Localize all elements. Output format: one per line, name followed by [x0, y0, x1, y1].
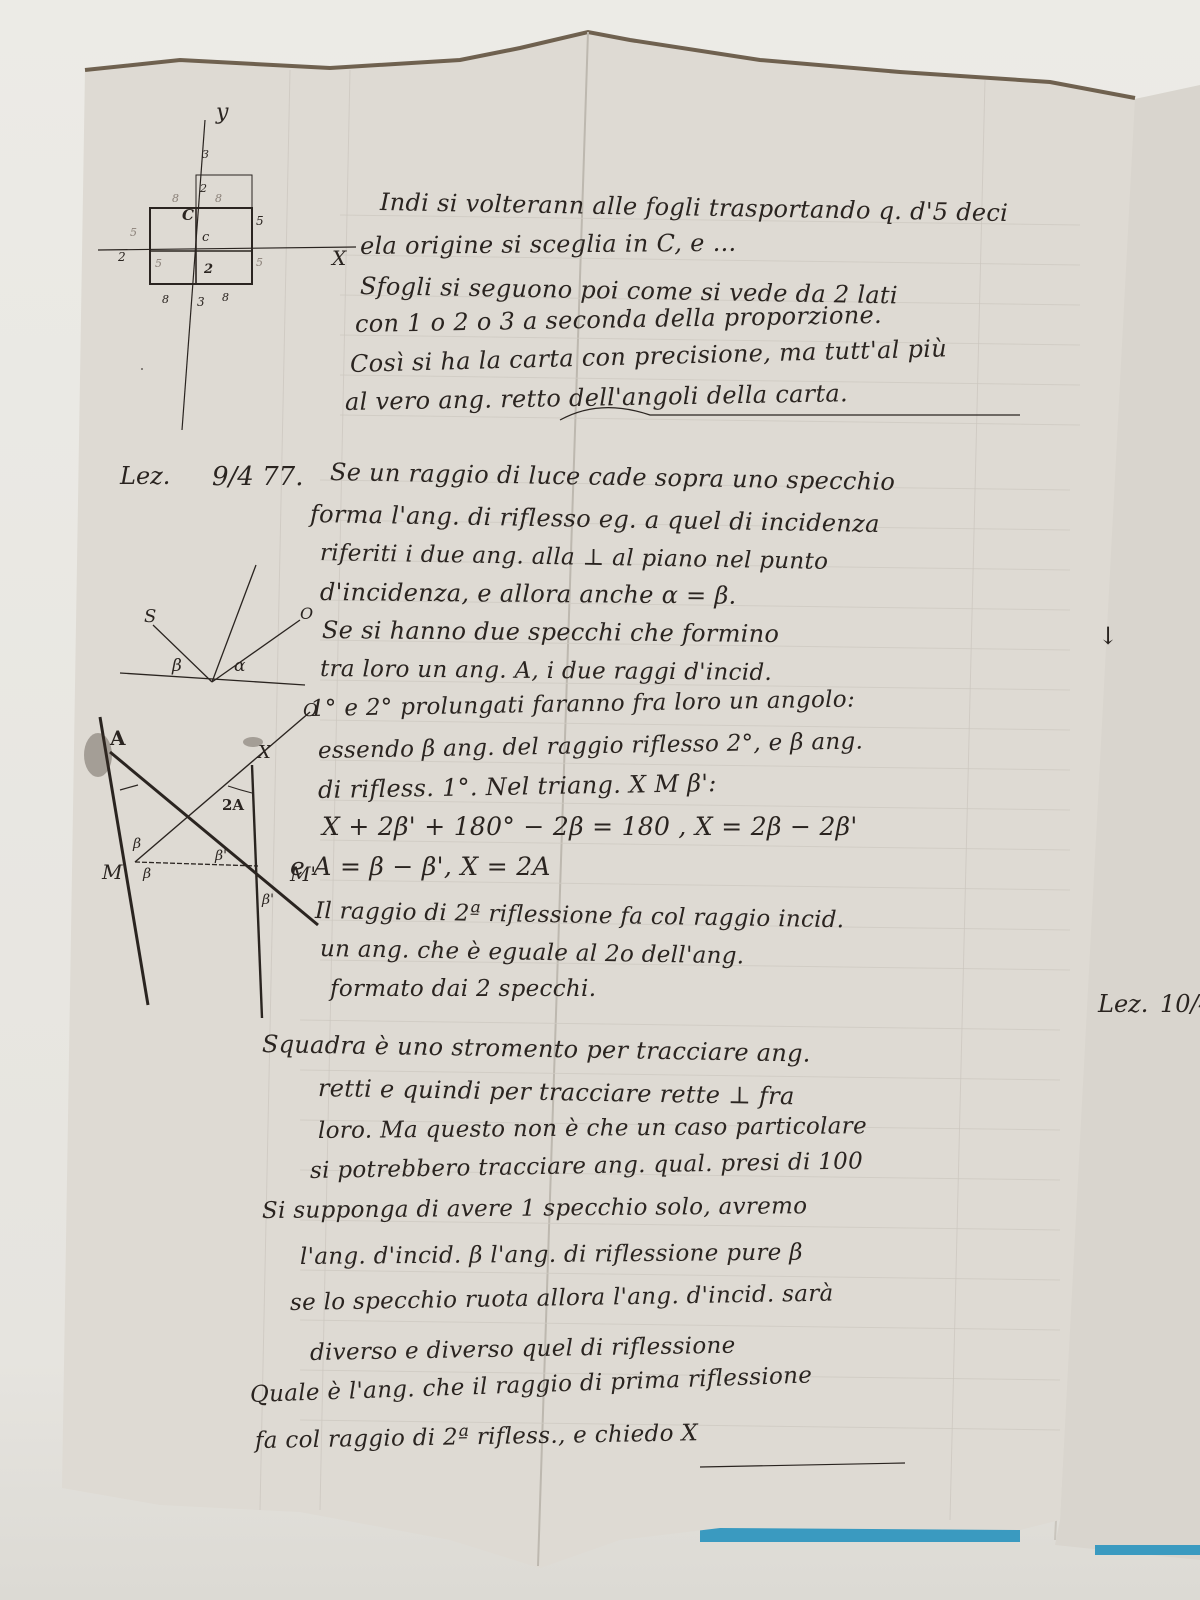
- mirror-label-beta-1: β: [133, 836, 141, 852]
- p2-line-4: d'incidenza, e allora anche α = β.: [320, 578, 737, 610]
- reflection-label-alpha: α: [234, 656, 245, 676]
- blue-tab: [700, 1528, 1020, 1542]
- p2-line-11-equation: e A = β − β', X = 2A: [290, 852, 551, 881]
- reflection-label-beta: β: [172, 656, 182, 676]
- mirror-label-M: M: [102, 860, 122, 884]
- grid-label-2-left: 2: [118, 250, 126, 264]
- grid-label-3-bottom: 3: [197, 295, 205, 309]
- p4-line-5: Si supponga di avere 1 specchio solo, av…: [262, 1193, 808, 1224]
- grid-label-C: C: [182, 206, 194, 224]
- p3-line-3: formato dai 2 specchi.: [330, 976, 596, 1002]
- margin-arrow-icon: ↓: [1098, 622, 1118, 650]
- p2-line-5: Se si hanno due specchi che formino: [322, 616, 779, 648]
- reflection-label-o: O: [300, 604, 313, 623]
- grid-label-2-lower: 2: [204, 262, 213, 277]
- grid-label-8-ul: 8: [172, 192, 179, 205]
- lecture-date: 9/4 77.: [212, 462, 303, 492]
- mirror-label-A: A: [110, 726, 126, 750]
- grid-label-3-top: 3: [202, 148, 209, 161]
- grid-label-8-br: 8: [222, 291, 229, 304]
- mirror-label-X: X: [258, 742, 271, 763]
- right-lecture-date: 10/4: [1160, 990, 1200, 1018]
- grid-label-5-left: 5: [130, 226, 137, 239]
- p4-line-3: loro. Ma questo non è che un caso partic…: [318, 1113, 867, 1144]
- axis-y-label: y: [216, 100, 228, 125]
- mirror-label-beta-2: β: [143, 866, 151, 882]
- grid-label-5-right-top: 5: [256, 214, 264, 228]
- grid-label-5-right-bottom: 5: [256, 256, 263, 269]
- grid-label-8-bl: 8: [162, 293, 169, 306]
- mirror-label-beta-prime-2: β': [262, 892, 274, 908]
- p2-line-6: tra loro un ang. A, i due raggi d'incid.: [320, 656, 772, 686]
- mirror-label-beta-prime: β': [215, 848, 227, 864]
- right-lecture-label: Lez.: [1098, 990, 1148, 1018]
- p2-line-10-equation: X + 2β' + 180° − 2β = 180 , X = 2β − 2β': [322, 812, 858, 841]
- reflection-label-s: S: [144, 606, 156, 627]
- lecture-label: Lez.: [120, 462, 170, 490]
- grid-label-2-upper: 2: [200, 182, 207, 195]
- axis-x-label: X: [332, 246, 346, 270]
- grid-label-c: c: [202, 230, 209, 245]
- grid-label-8-ur: 8: [215, 192, 222, 205]
- p4-line-6: l'ang. d'incid. β l'ang. di riflessione …: [300, 1240, 803, 1270]
- grid-label-5-inner: 5: [155, 257, 162, 270]
- mirror-label-2A: 2A: [222, 796, 244, 814]
- p1-line-2: ela origine si sceglia in C, e ...: [360, 229, 737, 260]
